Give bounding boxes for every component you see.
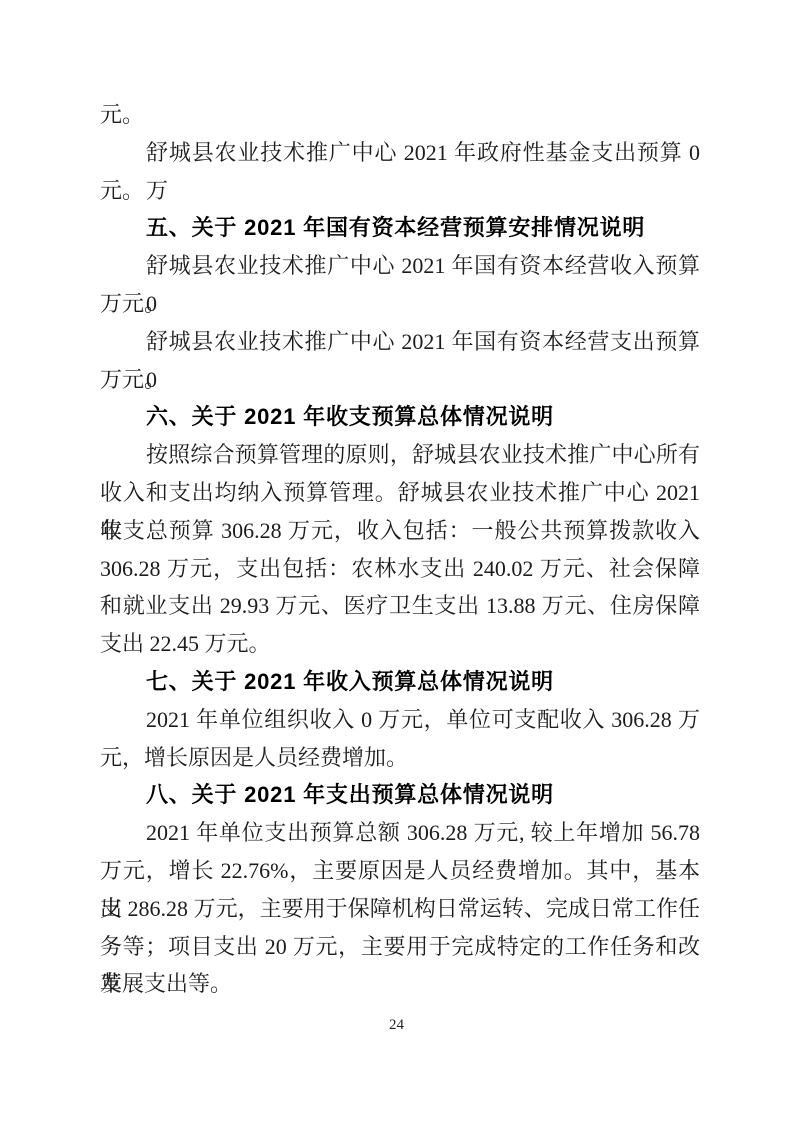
text-line: 2021 年单位组织收入 0 万元，单位可支配收入 306.28 万 (100, 701, 700, 739)
document-page: 元。 舒城县农业技术推广中心 2021 年政府性基金支出预算 0 万 元。 五、… (0, 0, 793, 1122)
text-line: 支出 22.45 万元。 (100, 625, 700, 663)
section-heading-6: 六、关于 2021 年收支预算总体情况说明 (100, 398, 700, 436)
document-body: 元。 舒城县农业技术推广中心 2021 年政府性基金支出预算 0 万 元。 五、… (100, 96, 700, 1003)
text-line: 舒城县农业技术推广中心 2021 年国有资本经营支出预算 0 (100, 323, 700, 361)
text-line: 元。 (100, 172, 700, 210)
section-heading-8: 八、关于 2021 年支出预算总体情况说明 (100, 776, 700, 814)
section-heading-5: 五、关于 2021 年国有资本经营预算安排情况说明 (100, 209, 700, 247)
text-line: 舒城县农业技术推广中心 2021 年政府性基金支出预算 0 万 (100, 134, 700, 172)
text-line: 务等；项目支出 20 万元，主要用于完成特定的工作任务和改革 (100, 928, 700, 966)
text-line: 和就业支出 29.93 万元、医疗卫生支出 13.88 万元、住房保障 (100, 587, 700, 625)
text-line: 舒城县农业技术推广中心 2021 年国有资本经营收入预算 0 (100, 247, 700, 285)
text-line: 元，增长原因是人员经费增加。 (100, 739, 700, 777)
text-line: 按照综合预算管理的原则，舒城县农业技术推广中心所有 (100, 436, 700, 474)
text-line: 出 286.28 万元，主要用于保障机构日常运转、完成日常工作任 (100, 890, 700, 928)
text-line: 万元。 (100, 361, 700, 399)
section-heading-7: 七、关于 2021 年收入预算总体情况说明 (100, 663, 700, 701)
text-line: 元。 (100, 96, 700, 134)
text-line: 2021 年单位支出预算总额 306.28 万元, 较上年增加 56.78 (100, 814, 700, 852)
page-number: 24 (0, 1015, 793, 1035)
text-line: 收入和支出均纳入预算管理。舒城县农业技术推广中心 2021 年 (100, 474, 700, 512)
text-line: 收支总预算 306.28 万元，收入包括：一般公共预算拨款收入 (100, 512, 700, 550)
text-line: 306.28 万元，支出包括：农林水支出 240.02 万元、社会保障 (100, 550, 700, 588)
text-line: 万元，增长 22.76%，主要原因是人员经费增加。其中，基本支 (100, 852, 700, 890)
text-line: 发展支出等。 (100, 965, 700, 1003)
text-line: 万元。 (100, 285, 700, 323)
